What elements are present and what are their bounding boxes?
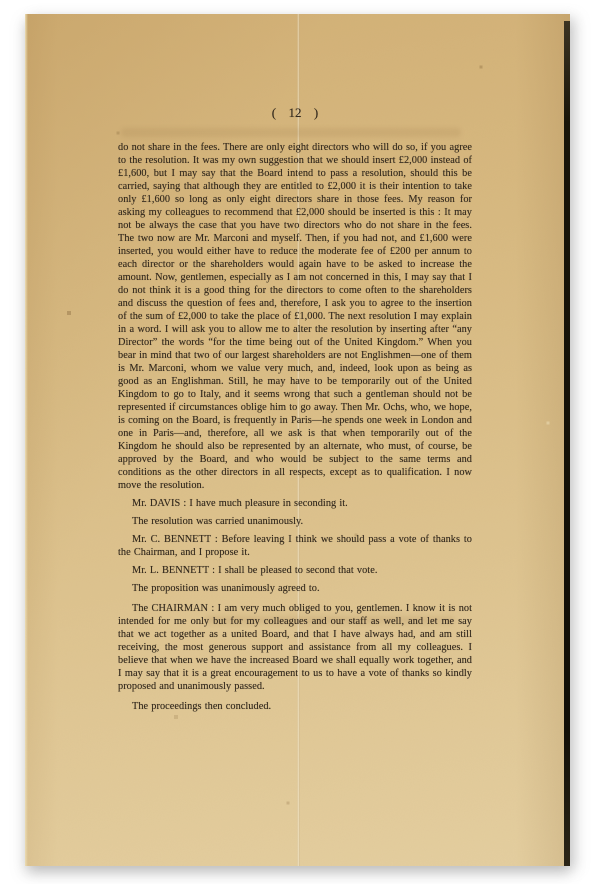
resolution-carried-note: The resolution was carried unanimously. [118, 515, 472, 528]
speech-mr-l-bennett: Mr. L. BENNETT : I shall be pleased to s… [118, 564, 472, 577]
page-number: ( 12 ) [118, 106, 472, 119]
paper-sheet: ( 12 ) do not share in the fees. There a… [25, 14, 570, 866]
page-content: ( 12 ) do not share in the fees. There a… [118, 106, 472, 713]
speech-chairman: The CHAIRMAN : I am very much obliged to… [118, 602, 472, 693]
scanned-document: ( 12 ) do not share in the fees. There a… [0, 0, 591, 884]
proposition-agreed-note: The proposition was unanimously agreed t… [118, 582, 472, 595]
proceedings-concluded-note: The proceedings then concluded. [118, 700, 472, 713]
speech-mr-davis: Mr. DAVIS : I have much pleasure in seco… [118, 497, 472, 510]
continuation-paragraph: do not share in the fees. There are only… [118, 141, 472, 492]
foxing-specks [25, 14, 27, 16]
book-edge-shadow [564, 21, 570, 866]
speech-mr-c-bennett: Mr. C. BENNETT : Before leaving I think … [118, 533, 472, 559]
